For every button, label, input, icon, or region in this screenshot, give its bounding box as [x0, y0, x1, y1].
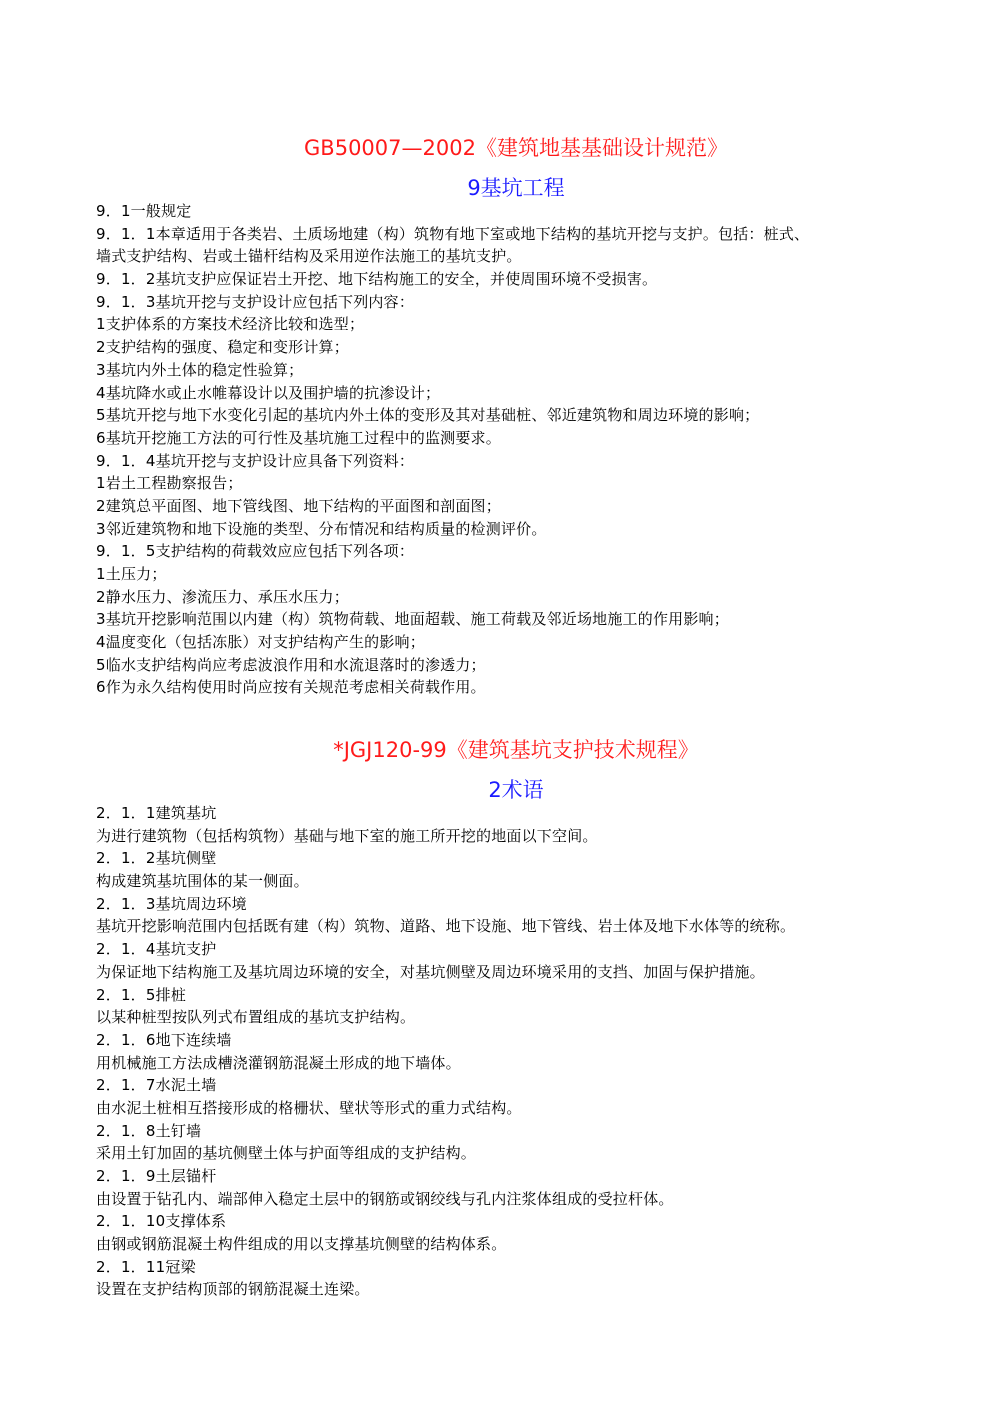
text-line: 9．1．5支护结构的荷载效应应包括下列各项： [96, 540, 936, 563]
standard-title-jgj120: *JGJ120-99《建筑基坑支护技术规程》 [96, 734, 936, 764]
text-line: 2．1．9土层锚杆 [96, 1165, 936, 1188]
text-line: 由设置于钻孔内、端部伸入稳定土层中的钢筋或钢绞线与孔内注浆体组成的受拉杆体。 [96, 1188, 936, 1211]
section2-body: 2．1．1建筑基坑为进行建筑物（包括构筑物）基础与地下室的施工所开挖的地面以下空… [96, 802, 936, 1301]
text-line: 2静水压力、渗流压力、承压水压力； [96, 586, 936, 609]
text-line: 构成建筑基坑围体的某一侧面。 [96, 870, 936, 893]
text-line: 3基坑内外土体的稳定性验算； [96, 359, 936, 382]
text-line: 2．1．1建筑基坑 [96, 802, 936, 825]
text-line: 1土压力； [96, 563, 936, 586]
text-line: 3基坑开挖影响范围以内建（构）筑物荷载、地面超载、施工荷载及邻近场地施工的作用影… [96, 608, 936, 631]
text-line: 1岩土工程勘察报告； [96, 472, 936, 495]
text-line: 5临水支护结构尚应考虑波浪作用和水流退落时的渗透力； [96, 654, 936, 677]
text-line: 2．1．6地下连续墙 [96, 1029, 936, 1052]
text-line: 为保证地下结构施工及基坑周边环境的安全，对基坑侧壁及周边环境采用的支挡、加固与保… [96, 961, 936, 984]
text-line: 4基坑降水或止水帷幕设计以及围护墙的抗渗设计； [96, 382, 936, 405]
text-line: 9．1．3基坑开挖与支护设计应包括下列内容： [96, 291, 936, 314]
text-line: 基坑开挖影响范围内包括既有建（构）筑物、道路、地下设施、地下管线、岩土体及地下水… [96, 915, 936, 938]
text-line: 9．1．4基坑开挖与支护设计应具备下列资料： [96, 450, 936, 473]
text-line: 墙式支护结构、岩或土锚杆结构及采用逆作法施工的基坑支护。 [96, 245, 936, 268]
text-line: 6基坑开挖施工方法的可行性及基坑施工过程中的监测要求。 [96, 427, 936, 450]
text-line: 2．1．5排桩 [96, 984, 936, 1007]
text-line: 2．1．10支撑体系 [96, 1210, 936, 1233]
text-line: 2．1．3基坑周边环境 [96, 893, 936, 916]
text-line: 6作为永久结构使用时尚应按有关规范考虑相关荷载作用。 [96, 676, 936, 699]
text-line: 3邻近建筑物和地下设施的类型、分布情况和结构质量的检测评价。 [96, 518, 936, 541]
text-line: 2．1．4基坑支护 [96, 938, 936, 961]
chapter-heading-foundation-pit: 9基坑工程 [96, 172, 936, 202]
text-line: 2．1．8土钉墙 [96, 1120, 936, 1143]
text-line: 由水泥土桩相互搭接形成的格栅状、壁状等形式的重力式结构。 [96, 1097, 936, 1120]
text-line: 2．1．11冠梁 [96, 1256, 936, 1279]
text-line: 由钢或钢筋混凝土构件组成的用以支撑基坑侧壁的结构体系。 [96, 1233, 936, 1256]
text-line: 2．1．7水泥土墙 [96, 1074, 936, 1097]
text-line: 9．1一般规定 [96, 200, 936, 223]
text-line: 9．1．1本章适用于各类岩、土质场地建（构）筑物有地下室或地下结构的基坑开挖与支… [96, 223, 936, 246]
text-line: 5基坑开挖与地下水变化引起的基坑内外土体的变形及其对基础桩、邻近建筑物和周边环境… [96, 404, 936, 427]
standard-title-gb50007: GB50007—2002《建筑地基基础设计规范》 [96, 132, 936, 162]
text-line: 2．1．2基坑侧壁 [96, 847, 936, 870]
text-line: 为进行建筑物（包括构筑物）基础与地下室的施工所开挖的地面以下空间。 [96, 825, 936, 848]
text-line: 4温度变化（包括冻胀）对支护结构产生的影响； [96, 631, 936, 654]
text-line: 1支护体系的方案技术经济比较和选型； [96, 313, 936, 336]
text-line: 采用土钉加固的基坑侧壁土体与护面等组成的支护结构。 [96, 1142, 936, 1165]
text-line: 9．1．2基坑支护应保证岩土开挖、地下结构施工的安全，并使周围环境不受损害。 [96, 268, 936, 291]
text-line: 设置在支护结构顶部的钢筋混凝土连梁。 [96, 1278, 936, 1301]
text-line: 2建筑总平面图、地下管线图、地下结构的平面图和剖面图； [96, 495, 936, 518]
text-line: 用机械施工方法成槽浇灌钢筋混凝土形成的地下墙体。 [96, 1052, 936, 1075]
text-line: 2支护结构的强度、稳定和变形计算； [96, 336, 936, 359]
text-line: 以某种桩型按队列式布置组成的基坑支护结构。 [96, 1006, 936, 1029]
section1-body: 9．1一般规定9．1．1本章适用于各类岩、土质场地建（构）筑物有地下室或地下结构… [96, 200, 936, 699]
chapter-heading-terms: 2术语 [96, 774, 936, 804]
